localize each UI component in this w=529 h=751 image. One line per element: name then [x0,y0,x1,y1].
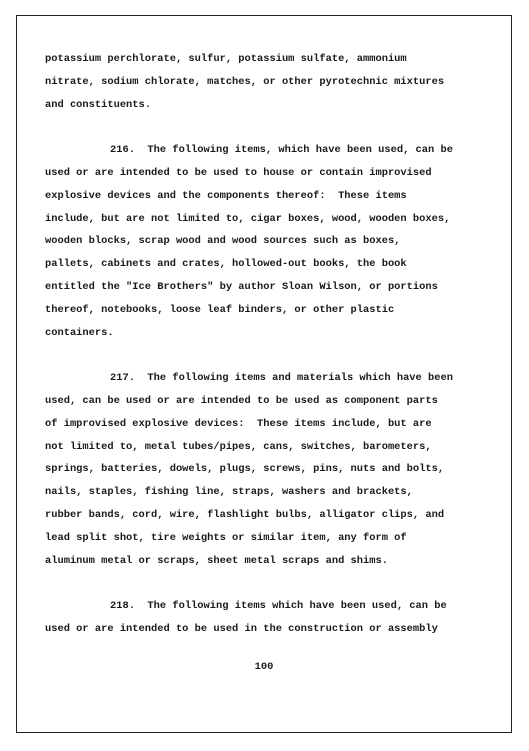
text-line: explosive devices and the components the… [45,185,505,208]
text-line: and constituents. [45,94,505,117]
paragraph-216: 216. The following items, which have bee… [45,139,505,344]
text-line: rubber bands, cord, wire, flashlight bul… [45,504,505,527]
paragraph-heading-line: 217. The following items and materials w… [45,367,505,390]
text-line: include, but are not limited to, cigar b… [45,208,505,231]
text-line: lead split shot, tire weights or similar… [45,527,505,550]
text-line: pallets, cabinets and crates, hollowed-o… [45,253,505,276]
paragraph-218: 218. The following items which have been… [45,595,505,641]
paragraph-heading-line: 218. The following items which have been… [45,595,505,618]
text-line: used or are intended to be used in the c… [45,618,505,641]
text-line: of improvised explosive devices: These i… [45,413,505,436]
text-line: aluminum metal or scraps, sheet metal sc… [45,550,505,573]
text-line: nitrate, sodium chlorate, matches, or ot… [45,71,505,94]
paragraph-217: 217. The following items and materials w… [45,367,505,572]
text-line: wooden blocks, scrap wood and wood sourc… [45,230,505,253]
body-text: potassium perchlorate, sulfur, potassium… [45,48,505,664]
text-line: used, can be used or are intended to be … [45,390,505,413]
text-line: potassium perchlorate, sulfur, potassium… [45,48,505,71]
text-line: not limited to, metal tubes/pipes, cans,… [45,436,505,459]
paragraph-heading-line: 216. The following items, which have bee… [45,139,505,162]
text-line: springs, batteries, dowels, plugs, screw… [45,458,505,481]
text-line: containers. [45,322,505,345]
text-line: thereof, notebooks, loose leaf binders, … [45,299,505,322]
text-line: nails, staples, fishing line, straps, wa… [45,481,505,504]
page-number: 100 [17,661,511,673]
paragraph-continuation: potassium perchlorate, sulfur, potassium… [45,48,505,116]
text-line: entitled the "Ice Brothers" by author Sl… [45,276,505,299]
text-line: used or are intended to be used to house… [45,162,505,185]
document-page: potassium perchlorate, sulfur, potassium… [16,15,512,733]
